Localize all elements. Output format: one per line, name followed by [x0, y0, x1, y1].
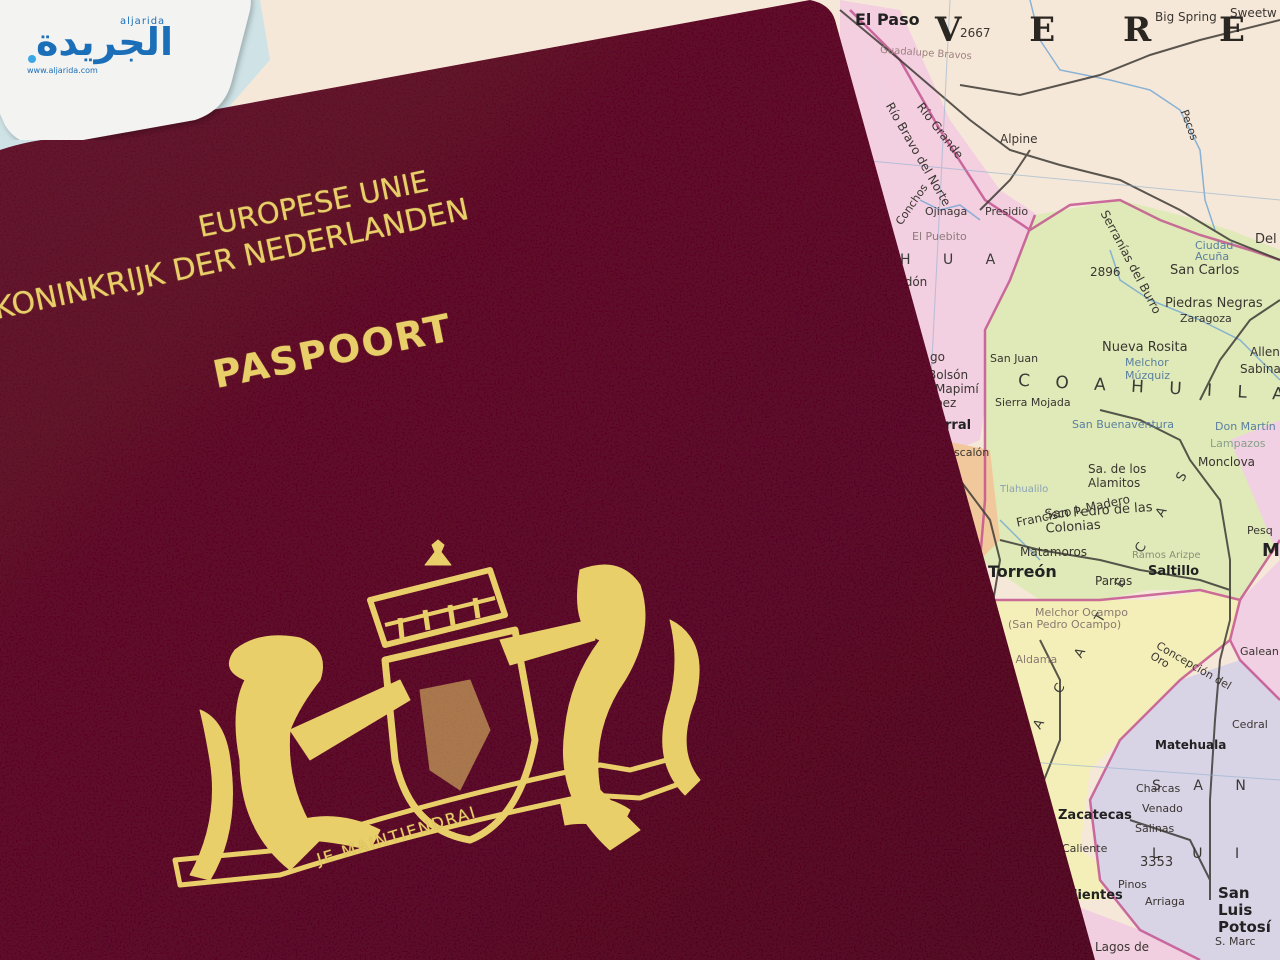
- coat-of-arms-emblem: [170, 530, 810, 910]
- logo-latin-name: aljarida: [120, 16, 165, 27]
- logo-url: www.aljarida.com: [27, 66, 98, 75]
- photo-scene: El Paso V E R E N I 2667 Big Spring Swee…: [0, 0, 1280, 960]
- logo-dot: [28, 55, 36, 63]
